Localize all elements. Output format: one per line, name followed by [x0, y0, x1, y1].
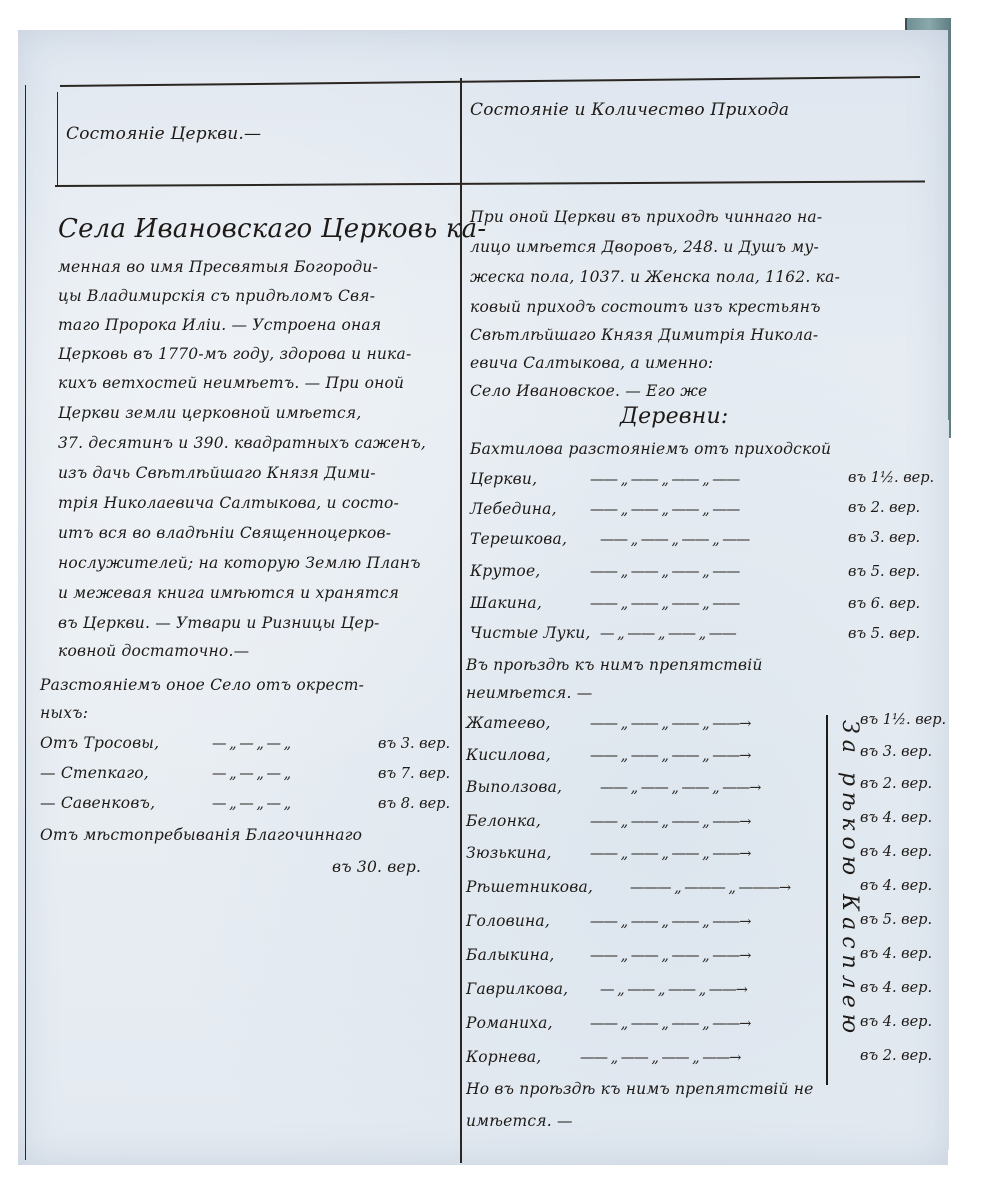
text-line: итъ вся во владѣніи Священноцерков- — [58, 524, 391, 542]
village-distance: въ 2. вер. — [848, 500, 920, 516]
text-line: кихъ ветхостей неимѣетъ. — При оной — [58, 374, 404, 392]
village-name: Терешкова, — [470, 530, 567, 548]
village-name: Корнева, — [466, 1048, 541, 1066]
note-no-obstacles-2: Но въ проѣздѣ къ нимъ препятствій не — [466, 1080, 814, 1098]
distance-leader: —— „ —— „ —— „ —— — [590, 596, 739, 612]
distance-leader: — „ — „ — „ — [212, 796, 290, 812]
distance-leader: —— „ —— „ —— „ ——→ — [590, 1016, 750, 1032]
village-name: Выползова, — [466, 778, 562, 796]
header-cell-border — [57, 92, 58, 187]
header-church-state: Состояніе Церкви.— — [66, 124, 261, 144]
note-no-obstacles-2-cont: имѣется. — — [466, 1112, 573, 1130]
dean-residence-distance: въ 30. вер. — [332, 858, 421, 876]
village-name: Белонка, — [466, 812, 541, 830]
village-name: Лебедина, — [470, 500, 557, 518]
distance-value: въ 7. вер. — [378, 766, 450, 782]
text-line: ковной достаточно.— — [58, 642, 249, 660]
text-line: Церкви земли церковной имѣется, — [58, 404, 361, 422]
village-name: Романиха, — [466, 1014, 553, 1032]
village-name: Балыкина, — [466, 946, 555, 964]
distance-leader: ——— „ ——— „ ———→ — [630, 880, 790, 896]
near-villages-intro: Бахтилова разстояніемъ отъ приходской — [470, 440, 831, 458]
across-river-note: За рѣкою Касплею — [838, 720, 862, 1080]
distance-leader: — „ —— „ —— „ ——→ — [600, 982, 747, 998]
village-distance: въ 4. вер. — [860, 844, 932, 860]
distance-leader: — „ —— „ —— „ —— — [600, 626, 736, 642]
text-line: ныхъ: — [40, 704, 88, 722]
text-line: таго Пророка Иліи. — Устроена оная — [58, 316, 381, 334]
village-distance: въ 3. вер. — [848, 530, 920, 546]
text-line: лицо имѣется Дворовъ, 248. и Душъ му- — [470, 238, 819, 256]
bracket-divider — [826, 715, 828, 1085]
text-line: Село Ивановское. — Его же — [470, 382, 707, 400]
page-frame-line — [25, 85, 26, 1160]
distance-leader: —— „ —— „ —— „ —— — [600, 532, 749, 548]
village-name: Шакина, — [470, 594, 542, 612]
village-distance: въ 4. вер. — [860, 1014, 932, 1030]
distance-leader: —— „ —— „ —— „ ——→ — [590, 948, 750, 964]
village-distance: въ 5. вер. — [860, 912, 932, 928]
distance-value: въ 8. вер. — [378, 796, 450, 812]
village-distance: въ 6. вер. — [848, 596, 920, 612]
text-line: При оной Церкви въ приходѣ чиннаго на- — [470, 208, 822, 226]
distance-place: — Степкаго, — [40, 764, 149, 782]
distance-leader: —— „ —— „ —— „ ——→ — [580, 1050, 740, 1066]
text-line: нослужителей; на которую Землю Планъ — [58, 554, 421, 572]
village-name: Головина, — [466, 912, 550, 930]
distance-leader: — „ — „ — „ — [212, 766, 290, 782]
distance-value: въ 3. вер. — [378, 736, 450, 752]
dean-residence-line: Отъ мѣстопребыванія Благочиннаго — [40, 826, 362, 844]
note-no-obstacles-cont: неимѣется. — — [466, 684, 592, 702]
distance-leader: —— „ —— „ —— „ ——→ — [590, 914, 750, 930]
village-name: Зюзькина, — [466, 844, 552, 862]
text-line: изъ дачь Свѣтлѣйшаго Князя Дими- — [58, 464, 376, 482]
text-line: и межевая книга имѣются и хранятся — [58, 584, 399, 602]
distance-leader: — „ — „ — „ — [212, 736, 290, 752]
text-line: ковый приходъ состоитъ изъ крестьянъ — [470, 298, 821, 316]
distance-leader: —— „ —— „ —— „ ——→ — [590, 846, 750, 862]
text-line: 37. десятинъ и 390. квадратныхъ саженъ, — [58, 434, 426, 452]
village-distance: въ 1½. вер. — [860, 712, 946, 728]
distance-leader: —— „ —— „ —— „ ——→ — [590, 814, 750, 830]
distance-leader: —— „ —— „ —— „ ——→ — [600, 780, 760, 796]
village-distance: въ 2. вер. — [860, 1048, 932, 1064]
text-line: трія Николаевича Салтыкова, и состо- — [58, 494, 399, 512]
village-distance: въ 5. вер. — [848, 564, 920, 580]
note-no-obstacles: Въ проѣздѣ къ нимъ препятствій — [466, 656, 763, 674]
text-line: въ Церкви. — Утвари и Ризницы Цер- — [58, 614, 379, 632]
text-line: евича Салтыкова, а именно: — [470, 354, 713, 372]
villages-heading: Деревни: — [620, 404, 729, 429]
text-line: Разстояніемъ оное Село отъ окрест- — [40, 676, 364, 694]
distance-leader: —— „ —— „ —— „ —— — [590, 502, 739, 518]
village-distance: въ 1½. вер. — [848, 470, 934, 486]
village-name: Чистые Луки, — [470, 624, 591, 642]
village-distance: въ 4. вер. — [860, 946, 932, 962]
text-line: цы Владимирскія съ придѣломъ Свя- — [58, 287, 375, 305]
village-name: Крутое, — [470, 562, 540, 580]
village-distance: въ 4. вер. — [860, 810, 932, 826]
header-parish-state: Состояніе и Количество Прихода — [470, 100, 789, 120]
distance-leader: —— „ —— „ —— „ —— — [590, 564, 739, 580]
village-distance: въ 2. вер. — [860, 776, 932, 792]
church-title-line: Села Ивановскаго Церковь ка- — [58, 214, 486, 244]
text-line: Свѣтлѣйшаго Князя Димитрія Никола- — [470, 326, 818, 344]
village-distance: въ 4. вер. — [860, 980, 932, 996]
village-distance: въ 5. вер. — [848, 626, 920, 642]
distance-leader: —— „ —— „ —— „ ——→ — [590, 716, 750, 732]
village-name: Гаврилкова, — [466, 980, 568, 998]
village-name: Церкви, — [470, 470, 537, 488]
distance-place: Отъ Тросовы, — [40, 734, 159, 752]
text-line: жеска пола, 1037. и Женска пола, 1162. к… — [470, 268, 840, 286]
distance-place: — Савенковъ, — [40, 794, 155, 812]
village-name: Жатеево, — [466, 714, 551, 732]
distance-leader: —— „ —— „ —— „ ——→ — [590, 748, 750, 764]
village-name: Кисилова, — [466, 746, 551, 764]
village-distance: въ 3. вер. — [860, 744, 932, 760]
village-distance: въ 4. вер. — [860, 878, 932, 894]
text-line: Церковь въ 1770-мъ году, здорова и ника- — [58, 345, 411, 363]
distance-leader: —— „ —— „ —— „ —— — [590, 472, 739, 488]
village-name: Рѣшетникова, — [466, 878, 593, 896]
text-line: менная во имя Пресвятыя Богороди- — [58, 258, 378, 276]
